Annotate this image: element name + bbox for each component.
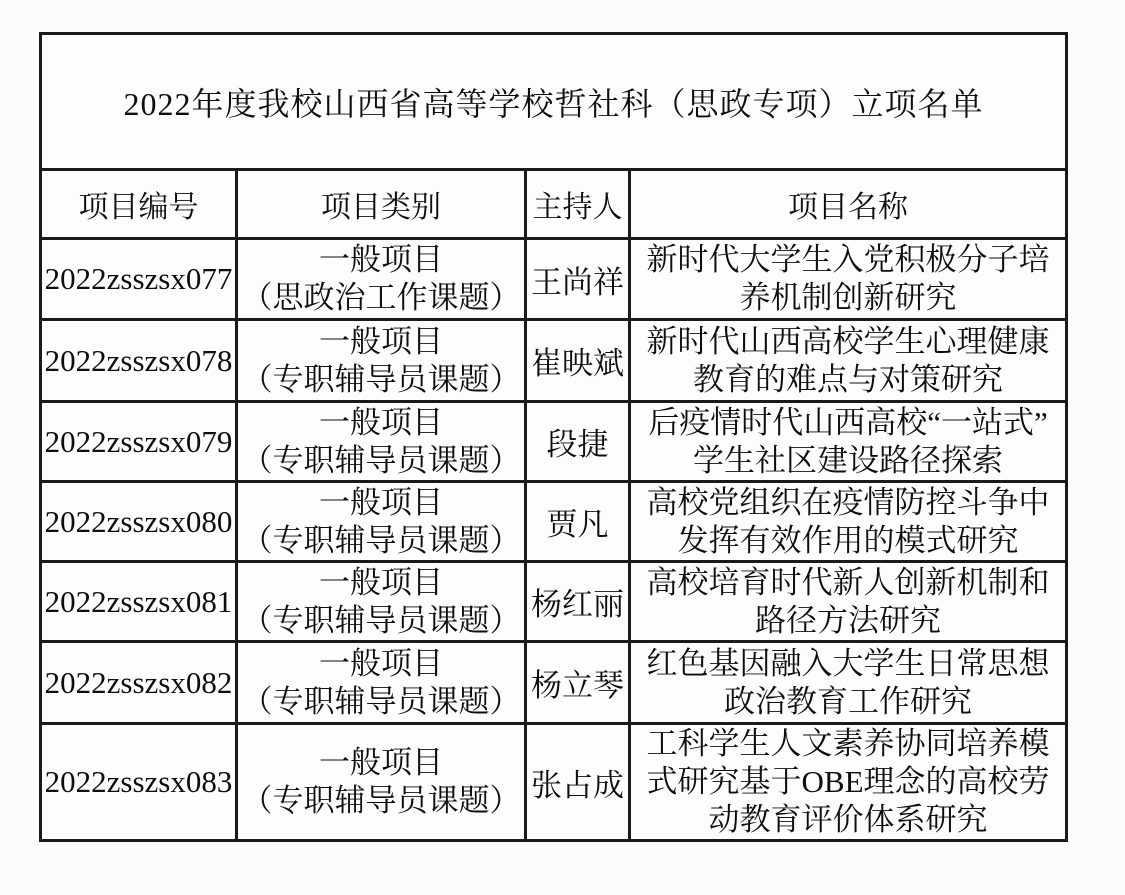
project-name-cell: 新时代大学生入党积极分子培 养机制创新研究 (630, 239, 1067, 320)
header-project-code: 项目编号 (41, 170, 237, 239)
category-type: 一般项目 (238, 404, 524, 442)
project-category-cell: 一般项目 （专职辅导员课题） (237, 482, 526, 562)
project-name-cell: 高校培育时代新人创新机制和 路径方法研究 (630, 562, 1067, 642)
leader-cell: 杨红丽 (526, 562, 630, 642)
category-type: 一般项目 (238, 241, 524, 279)
table-row: 2022zsszsx080 一般项目 （专职辅导员课题） 贾凡 高校党组织在疫情… (41, 482, 1067, 562)
project-code-cell: 2022zsszsx078 (41, 320, 237, 402)
header-project-name: 项目名称 (630, 170, 1067, 239)
category-type: 一般项目 (238, 645, 524, 683)
project-code-cell: 2022zsszsx081 (41, 562, 237, 642)
leader-cell: 王尚祥 (526, 239, 630, 320)
leader-cell: 贾凡 (526, 482, 630, 562)
category-subtype: （专职辅导员课题） (238, 361, 524, 399)
category-subtype: （专职辅导员课题） (238, 683, 524, 721)
table-row: 2022zsszsx078 一般项目 （专职辅导员课题） 崔映斌 新时代山西高校… (41, 320, 1067, 402)
table-row: 2022zsszsx077 一般项目 （思政治工作课题） 王尚祥 新时代大学生入… (41, 239, 1067, 320)
category-subtype: （专职辅导员课题） (238, 522, 524, 560)
category-subtype: （专职辅导员课题） (238, 602, 524, 640)
project-code-cell: 2022zsszsx077 (41, 239, 237, 320)
header-leader: 主持人 (526, 170, 630, 239)
table-row: 2022zsszsx079 一般项目 （专职辅导员课题） 段捷 后疫情时代山西高… (41, 402, 1067, 482)
category-subtype: （思政治工作课题） (238, 279, 524, 317)
table-row: 2022zsszsx083 一般项目 （专职辅导员课题） 张占成 工科学生人文素… (41, 724, 1067, 841)
project-name-cell: 红色基因融入大学生日常思想 政治教育工作研究 (630, 642, 1067, 724)
leader-cell: 崔映斌 (526, 320, 630, 402)
category-type: 一般项目 (238, 564, 524, 602)
category-type: 一般项目 (238, 744, 524, 782)
table-header-row: 项目编号 项目类别 主持人 项目名称 (41, 170, 1067, 239)
leader-cell: 杨立琴 (526, 642, 630, 724)
table-row: 2022zsszsx082 一般项目 （专职辅导员课题） 杨立琴 红色基因融入大… (41, 642, 1067, 724)
project-code-cell: 2022zsszsx080 (41, 482, 237, 562)
header-project-category: 项目类别 (237, 170, 526, 239)
table-row: 2022zsszsx081 一般项目 （专职辅导员课题） 杨红丽 高校培育时代新… (41, 562, 1067, 642)
project-name-cell: 工科学生人文素养协同培养模 式研究基于OBE理念的高校劳 动教育评价体系研究 (630, 724, 1067, 841)
category-type: 一般项目 (238, 323, 524, 361)
project-name-cell: 后疫情时代山西高校“一站式” 学生社区建设路径探索 (630, 402, 1067, 482)
project-code-cell: 2022zsszsx079 (41, 402, 237, 482)
category-subtype: （专职辅导员课题） (238, 782, 524, 820)
project-category-cell: 一般项目 （专职辅导员课题） (237, 320, 526, 402)
project-category-cell: 一般项目 （专职辅导员课题） (237, 562, 526, 642)
project-name-cell: 高校党组织在疫情防控斗争中 发挥有效作用的模式研究 (630, 482, 1067, 562)
project-category-cell: 一般项目 （专职辅导员课题） (237, 402, 526, 482)
project-code-cell: 2022zsszsx083 (41, 724, 237, 841)
category-subtype: （专职辅导员课题） (238, 442, 524, 480)
leader-cell: 张占成 (526, 724, 630, 841)
project-category-cell: 一般项目 （专职辅导员课题） (237, 724, 526, 841)
table-title: 2022年度我校山西省高等学校哲社科（思政专项）立项名单 (41, 34, 1067, 170)
category-type: 一般项目 (238, 484, 524, 522)
project-category-cell: 一般项目 （思政治工作课题） (237, 239, 526, 320)
table-title-row: 2022年度我校山西省高等学校哲社科（思政专项）立项名单 (41, 34, 1067, 170)
project-category-cell: 一般项目 （专职辅导员课题） (237, 642, 526, 724)
project-approval-table: 2022年度我校山西省高等学校哲社科（思政专项）立项名单 项目编号 项目类别 主… (39, 32, 1068, 842)
project-code-cell: 2022zsszsx082 (41, 642, 237, 724)
project-name-cell: 新时代山西高校学生心理健康 教育的难点与对策研究 (630, 320, 1067, 402)
leader-cell: 段捷 (526, 402, 630, 482)
